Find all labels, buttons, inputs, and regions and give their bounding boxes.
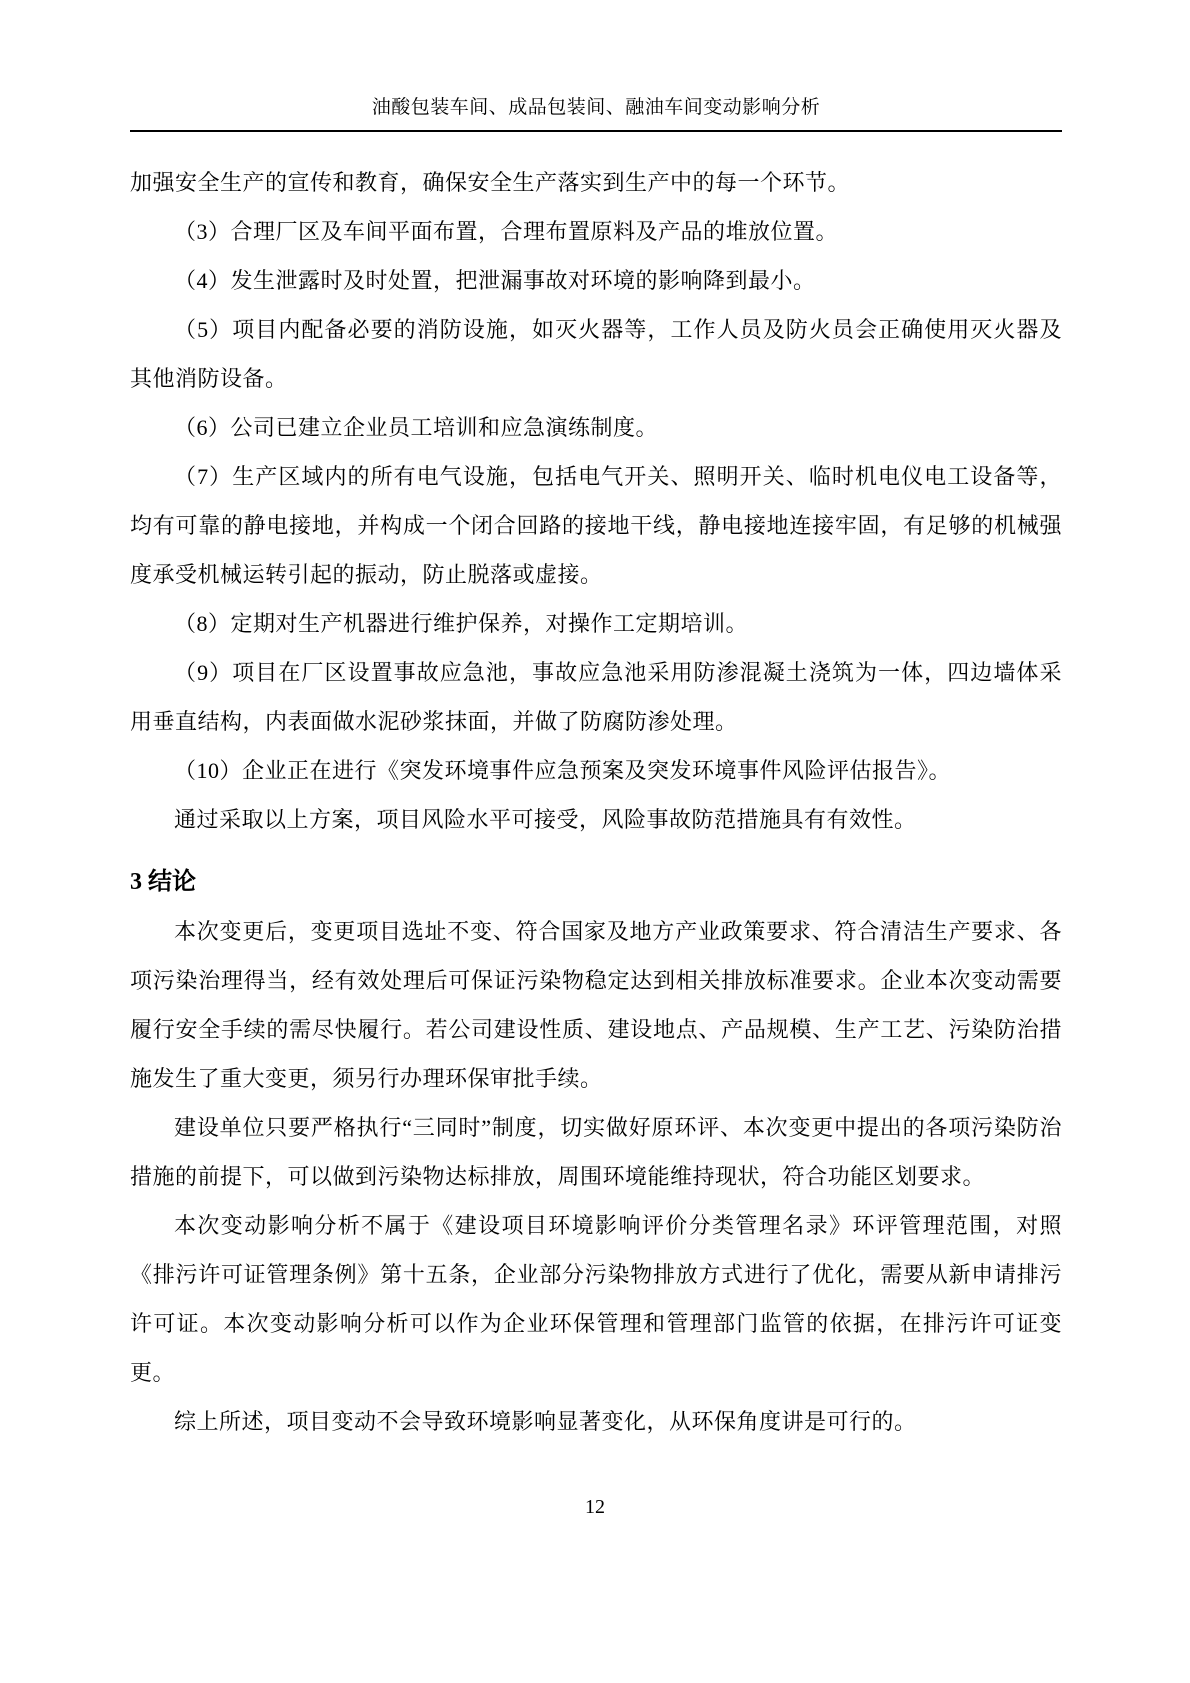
paragraph-item-7: （7）生产区域内的所有电气设施，包括电气开关、照明开关、临时机电仪电工设备等，均… — [130, 452, 1062, 599]
paragraph-item-8: （8）定期对生产机器进行维护保养，对操作工定期培训。 — [130, 599, 1062, 648]
conclusion-paragraph-4: 综上所述，项目变动不会导致环境影响显著变化，从环保角度讲是可行的。 — [130, 1397, 1062, 1446]
paragraph-item-10: （10）企业正在进行《突发环境事件应急预案及突发环境事件风险评估报告》。 — [130, 746, 1062, 795]
header-title: 油酸包装车间、成品包装间、融油车间变动影响分析 — [130, 96, 1062, 120]
section-heading-conclusion: 3 结论 — [130, 858, 1062, 907]
conclusion-paragraph-1: 本次变更后，变更项目选址不变、符合国家及地方产业政策要求、符合清洁生产要求、各项… — [130, 907, 1062, 1103]
paragraph-item-4: （4）发生泄露时及时处置，把泄漏事故对环境的影响降到最小。 — [130, 256, 1062, 305]
page-number: 12 — [585, 1496, 605, 1518]
page-footer: 12 — [0, 1496, 1190, 1519]
paragraph-summary: 通过采取以上方案，项目风险水平可接受，风险事故防范措施具有有效性。 — [130, 795, 1062, 844]
paragraph-item-6: （6）公司已建立企业员工培训和应急演练制度。 — [130, 403, 1062, 452]
document-page: 油酸包装车间、成品包装间、融油车间变动影响分析 加强安全生产的宣传和教育，确保安… — [0, 0, 1190, 1683]
paragraph-item-9: （9）项目在厂区设置事故应急池，事故应急池采用防渗混凝土浇筑为一体，四边墙体采用… — [130, 648, 1062, 746]
paragraph-item-5: （5）项目内配备必要的消防设施，如灭火器等，工作人员及防火员会正确使用灭火器及其… — [130, 305, 1062, 403]
conclusion-paragraph-2: 建设单位只要严格执行“三同时”制度，切实做好原环评、本次变更中提出的各项污染防治… — [130, 1103, 1062, 1201]
paragraph-continuation: 加强安全生产的宣传和教育，确保安全生产落实到生产中的每一个环节。 — [130, 158, 1062, 207]
paragraph-item-3: （3）合理厂区及车间平面布置，合理布置原料及产品的堆放位置。 — [130, 207, 1062, 256]
conclusion-paragraph-3: 本次变动影响分析不属于《建设项目环境影响评价分类管理名录》环评管理范围，对照《排… — [130, 1201, 1062, 1397]
page-header: 油酸包装车间、成品包装间、融油车间变动影响分析 — [130, 96, 1062, 132]
document-body: 加强安全生产的宣传和教育，确保安全生产落实到生产中的每一个环节。 （3）合理厂区… — [130, 158, 1062, 1446]
